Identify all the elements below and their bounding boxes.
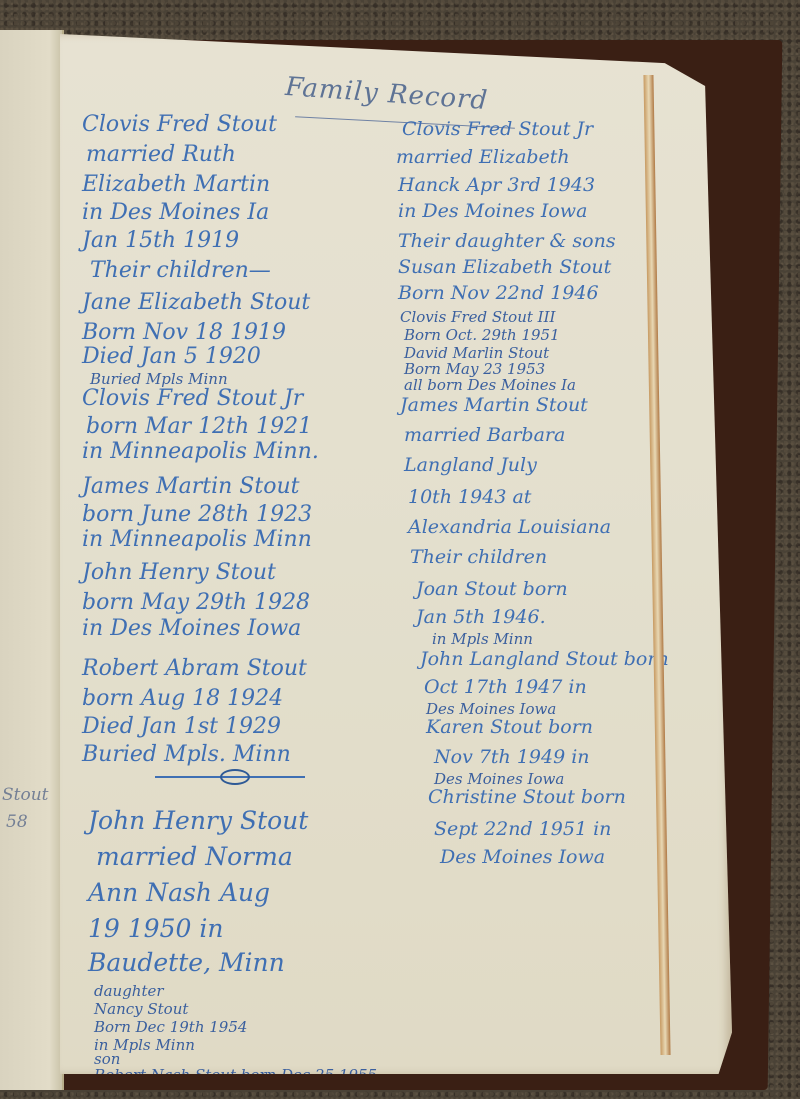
entry-line: Nov 7th 1949 in (434, 746, 590, 768)
entry-line: 19 1950 in (88, 914, 223, 943)
entry-line: Oct 17th 1947 in (424, 676, 587, 698)
entry-line: in Mpls Minn (432, 630, 533, 648)
entry-line: born Aug 18 1924 (82, 686, 283, 711)
entry-line: Karen Stout born (426, 716, 593, 738)
entry-line: Nancy Stout (94, 1000, 188, 1018)
entry-line: married Barbara (404, 424, 565, 446)
entry-line: Died Jan 5 1920 (82, 344, 261, 369)
left-page-note: 58 (6, 812, 28, 832)
entry-line: Baudette, Minn (88, 948, 285, 977)
entry-line: Jan 5th 1946. (416, 606, 546, 628)
entry-line: Susan Elizabeth Stout (398, 256, 611, 278)
entry-line: Jane Elizabeth Stout (82, 290, 310, 315)
entry-line: in Des Moines Iowa (398, 200, 587, 222)
entry-line: James Martin Stout (82, 474, 299, 499)
entry-line: all born Des Moines Ia (404, 376, 576, 394)
entry-line: Clovis Fred Stout Jr (402, 118, 593, 140)
entry-line: Clovis Fred Stout (82, 112, 277, 137)
entry-line: Born Nov 18 1919 (82, 320, 286, 345)
entry-line: born May 29th 1928 (82, 590, 310, 615)
entry-line: in Des Moines Ia (82, 200, 269, 225)
entry-line: married Norma (96, 842, 293, 871)
entry-line: Their daughter & sons (398, 230, 616, 252)
entry-line: born Mar 12th 1921 (86, 414, 312, 439)
entry-line: Born Oct. 29th 1951 (404, 326, 560, 344)
entry-line: James Martin Stout (400, 394, 588, 416)
page-title: Family Record (284, 72, 489, 116)
entry-line: in Des Moines Iowa (82, 616, 301, 641)
entry-line: Jan 15th 1919 (82, 228, 239, 253)
left-page-note: Stout (2, 785, 49, 805)
entry-line: daughter (94, 982, 164, 1000)
entry-line: Robert Abram Stout (82, 656, 307, 681)
entry-line: Clovis Fred Stout III (400, 308, 555, 326)
divider-knot (220, 769, 250, 785)
entry-line: Langland July (404, 454, 537, 476)
entry-line: Elizabeth Martin (82, 172, 270, 197)
entry-line: 10th 1943 at (408, 486, 531, 508)
entry-line: John Langland Stout born (420, 648, 669, 670)
entry-line: Alexandria Louisiana (408, 516, 611, 538)
left-page-fragment: Stout 58 (0, 30, 64, 1090)
record-page: Family Record Clovis Fred Stout married … (60, 34, 732, 1074)
entry-line: born June 28th 1923 (82, 502, 312, 527)
entry-line: Born Dec 19th 1954 (94, 1018, 247, 1036)
entry-line: Hanck Apr 3rd 1943 (398, 174, 595, 196)
entry-line: Buried Mpls. Minn (82, 742, 291, 767)
entry-line: Christine Stout born (428, 786, 626, 808)
entry-line: Born Nov 22nd 1946 (398, 282, 599, 304)
entry-line: Ann Nash Aug (88, 878, 270, 907)
entry-line: Died Jan 1st 1929 (82, 714, 281, 739)
entry-line: in Minneapolis Minn (82, 527, 312, 552)
entry-line: Des Moines Iowa (440, 846, 605, 868)
entry-line: married Elizabeth (396, 146, 570, 168)
entry-line: Their children— (90, 258, 271, 283)
entry-line: married Ruth (86, 142, 236, 167)
entry-line: Their children (410, 546, 547, 568)
entry-line: Joan Stout born (416, 578, 568, 600)
entry-line: John Henry Stout (88, 806, 308, 835)
entry-line: in Minneapolis Minn. (82, 439, 319, 464)
entry-line: Clovis Fred Stout Jr (82, 386, 303, 411)
entry-line: Sept 22nd 1951 in (434, 818, 611, 840)
entry-line: John Henry Stout (82, 560, 276, 585)
